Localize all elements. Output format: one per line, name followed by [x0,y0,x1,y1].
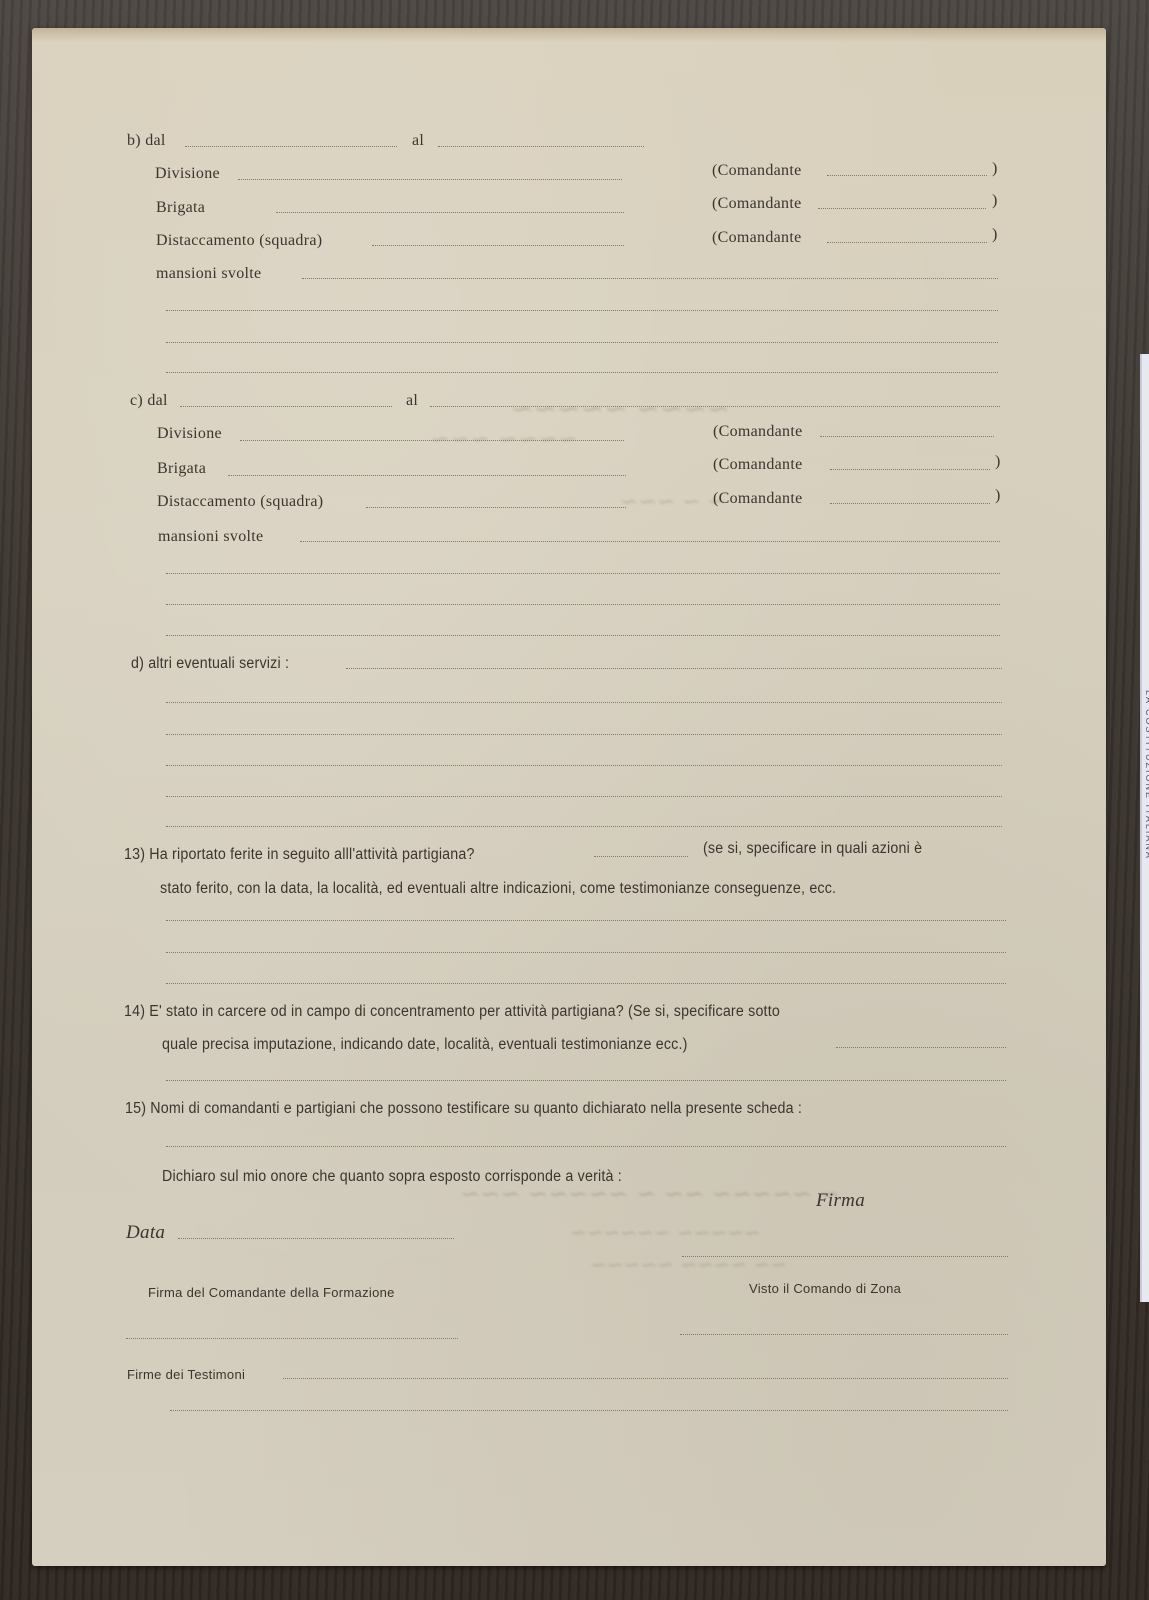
q14-line[interactable] [166,1080,1006,1081]
c-dal-field[interactable] [180,406,392,407]
c-al-label: al [406,392,418,410]
b-divisione-comandante-label: (Comandante [712,162,802,180]
testimoni-label: Firme dei Testimoni [127,1367,245,1382]
c-divisione-comandante-label: (Comandante [713,423,803,441]
c-brigata-comandante-field[interactable] [830,469,990,470]
close-paren: ) [992,226,998,244]
b-mansioni-label: mansioni svolte [156,265,261,283]
b-divisione-field[interactable] [238,179,622,180]
testimoni-signature-field[interactable] [283,1378,1008,1379]
b-distaccamento-comandante-label: (Comandante [712,229,802,247]
q14-answer-field[interactable] [836,1047,1006,1048]
b-divisione-label: Divisione [155,165,220,183]
side-strip-text: LA COSTITUZIONE ITALIANA [1138,690,1149,990]
c-brigata-field[interactable] [228,475,626,476]
close-paren: ) [995,453,1001,471]
b-dal-field[interactable] [185,146,397,147]
q13-answer-field[interactable] [594,856,688,857]
q13-instruction-text: (se si, specificare in quali azioni è [703,840,922,858]
c-mansioni-line[interactable] [166,635,1000,636]
b-divisione-comandante-field[interactable] [827,175,987,176]
comando-zona-signature-field[interactable] [680,1334,1008,1335]
c-al-field[interactable] [430,406,1000,407]
c-mansioni-label: mansioni svolte [158,528,263,546]
firma-label: Firma [816,1190,865,1212]
b-brigata-label: Brigata [156,199,205,217]
b-mansioni-line[interactable] [166,310,998,311]
c-divisione-comandante-field[interactable] [820,436,994,437]
b-brigata-comandante-label: (Comandante [712,195,802,213]
c-distaccamento-label: Distaccamento (squadra) [157,493,323,511]
q14-question-text: 14) E' stato in carcere od in campo di c… [124,1003,780,1021]
d-line[interactable] [166,826,1002,827]
b-brigata-comandante-field[interactable] [818,208,986,209]
comandante-formazione-label: Firma del Comandante della Formazione [148,1285,395,1300]
c-distaccamento-field[interactable] [366,507,626,508]
paper-fold-shadow [32,28,1106,42]
d-line[interactable] [166,796,1002,797]
c-mansioni-line[interactable] [166,604,1000,605]
q13-line[interactable] [166,983,1006,984]
q14-question-text-2: quale precisa imputazione, indicando dat… [162,1036,688,1054]
close-paren: ) [995,487,1001,505]
b-mansioni-line[interactable] [166,342,998,343]
c-dal-label: c) dal [130,392,168,410]
data-label: Data [126,1222,165,1244]
q13-line[interactable] [166,920,1006,921]
d-line[interactable] [166,734,1002,735]
close-paren: ) [992,192,998,210]
q13-instruction-text-2: stato ferito, con la data, la località, … [160,880,836,898]
comandante-formazione-signature-field[interactable] [126,1338,458,1339]
c-mansioni-field[interactable] [300,541,1000,542]
d-line[interactable] [166,702,1002,703]
d-line[interactable] [166,765,1002,766]
q15-question-text: 15) Nomi di comandanti e partigiani che … [125,1100,802,1118]
testimoni-signature-line[interactable] [170,1410,1008,1411]
b-mansioni-field[interactable] [302,278,998,279]
c-brigata-comandante-label: (Comandante [713,456,803,474]
b-distaccamento-comandante-field[interactable] [827,242,987,243]
c-distaccamento-comandante-field[interactable] [830,503,990,504]
q13-line[interactable] [166,952,1006,953]
c-brigata-label: Brigata [157,460,206,478]
b-al-label: al [412,132,424,150]
b-distaccamento-field[interactable] [372,245,624,246]
b-mansioni-line[interactable] [166,372,998,373]
comando-zona-label: Visto il Comando di Zona [749,1281,901,1296]
declaration-text: Dichiaro sul mio onore che quanto sopra … [162,1168,622,1186]
q15-line[interactable] [166,1146,1006,1147]
c-mansioni-line[interactable] [166,573,1000,574]
b-distaccamento-label: Distaccamento (squadra) [156,232,322,250]
c-divisione-field[interactable] [240,440,624,441]
b-brigata-field[interactable] [276,212,624,213]
b-al-field[interactable] [438,146,644,147]
d-altri-servizi-label: d) altri eventuali servizi : [131,655,289,673]
firma-field[interactable] [682,1256,1008,1257]
c-distaccamento-comandante-label: (Comandante [713,490,803,508]
d-altri-servizi-field[interactable] [346,668,1002,669]
b-dal-label: b) dal [127,132,166,150]
c-divisione-label: Divisione [157,425,222,443]
data-field[interactable] [178,1238,454,1239]
close-paren: ) [992,160,998,178]
form-page [32,28,1106,1566]
q13-question-text: 13) Ha riportato ferite in seguito alll'… [124,846,475,864]
